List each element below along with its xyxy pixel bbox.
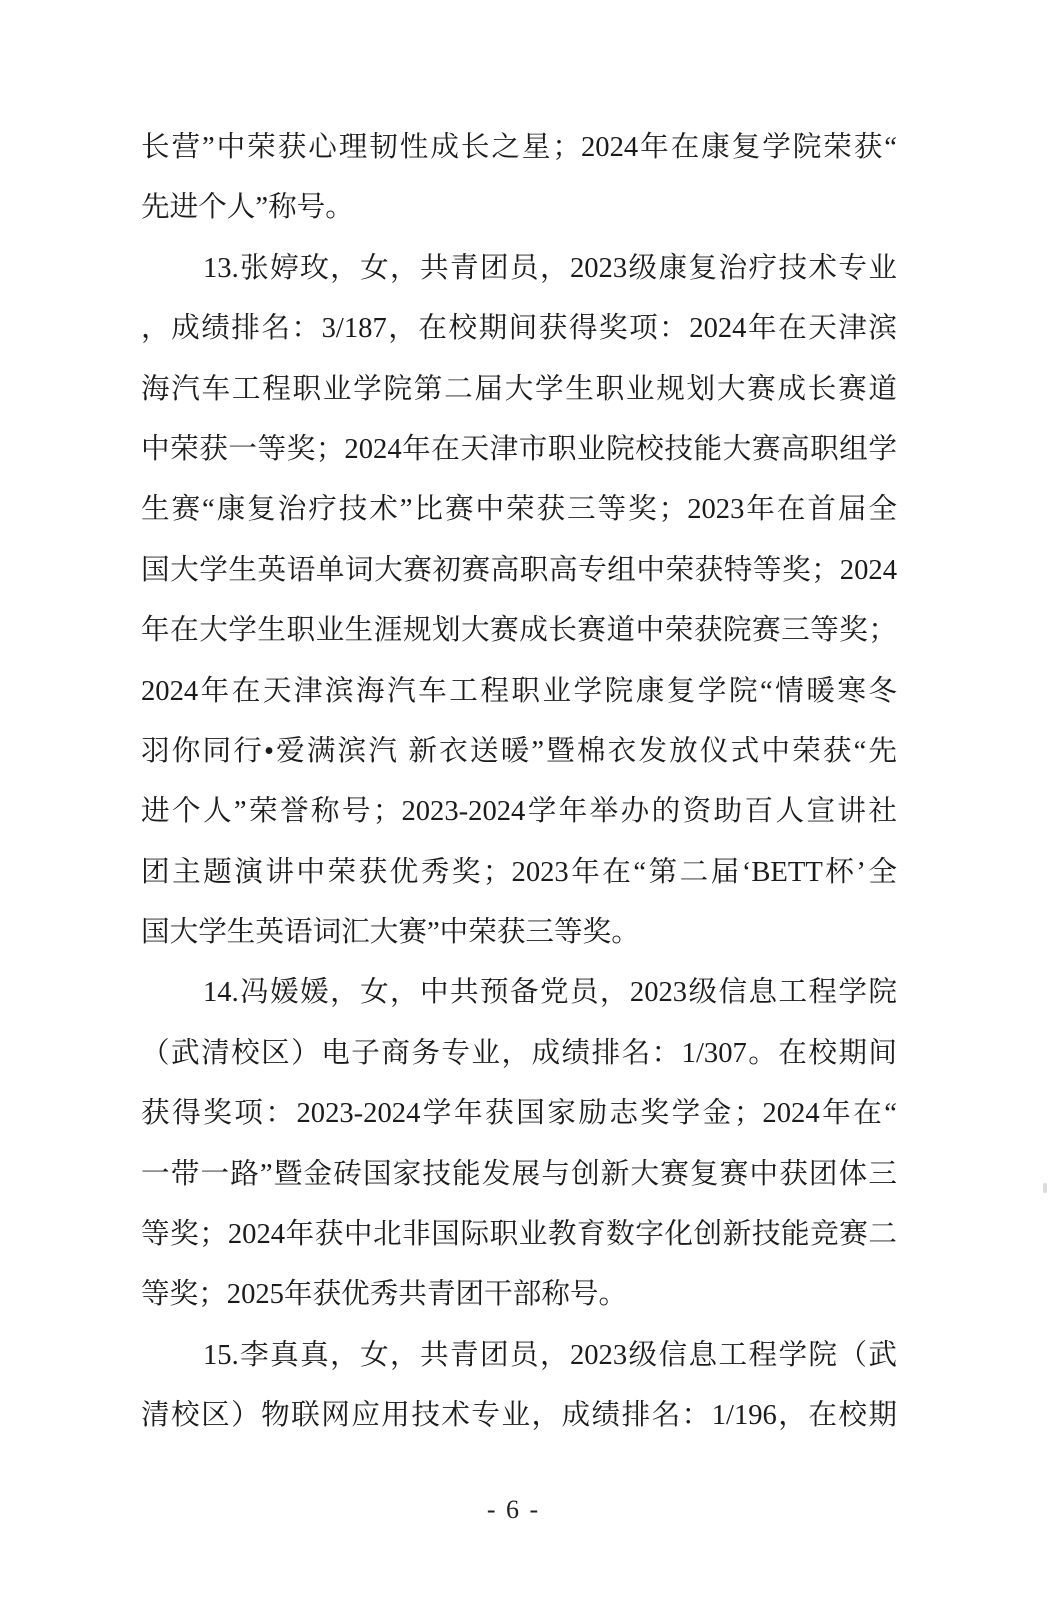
text-line: 团主题演讲中荣获优秀奖；2023年在“第二届‘BETT杯’全 bbox=[141, 843, 897, 903]
scan-artifact bbox=[1043, 1183, 1047, 1193]
text-line: 等奖；2024年获中北非国际职业教育数字化创新技能竞赛二 bbox=[141, 1205, 897, 1265]
page-number: - 6 - bbox=[0, 1494, 1027, 1526]
text-line: 中荣获一等奖；2024年在天津市职业院校技能大赛高职组学 bbox=[141, 420, 897, 480]
text-line: 2024年在天津滨海汽车工程职业学院康复学院“情暖寒冬 bbox=[141, 662, 897, 722]
text-line: ，成绩排名：3/187，在校期间获得奖项：2024年在天津滨 bbox=[141, 299, 897, 359]
text-line: 国大学生英语单词大赛初赛高职高专组中荣获特等奖；2024 bbox=[141, 541, 897, 601]
text-line: 生赛“康复治疗技术”比赛中荣获三等奖；2023年在首届全 bbox=[141, 480, 897, 540]
text-line: 年在大学生职业生涯规划大赛成长赛道中荣获院赛三等奖； bbox=[141, 601, 897, 661]
text-line: 长营”中荣获心理韧性成长之星；2024年在康复学院荣获“ bbox=[141, 118, 897, 178]
text-block: 长营”中荣获心理韧性成长之星；2024年在康复学院荣获“先进个人”称号。13.张… bbox=[141, 118, 897, 1447]
text-line: 羽你同行•爱满滨汽 新衣送暖”暨棉衣发放仪式中荣获“先 bbox=[141, 722, 897, 782]
text-line: 13.张婷玫，女，共青团员，2023级康复治疗技术专业 bbox=[141, 239, 897, 299]
text-line: 国大学生英语词汇大赛”中荣获三等奖。 bbox=[141, 903, 897, 963]
text-line: 清校区）物联网应用技术专业，成绩排名：1/196，在校期 bbox=[141, 1386, 897, 1446]
text-line: 一带一路”暨金砖国家技能发展与创新大赛复赛中获团体三 bbox=[141, 1145, 897, 1205]
text-line: 获得奖项：2023-2024学年获国家励志奖学金；2024年在“ bbox=[141, 1084, 897, 1144]
text-line: 进个人”荣誉称号；2023-2024学年举办的资助百人宣讲社 bbox=[141, 782, 897, 842]
text-line: 等奖；2025年获优秀共青团干部称号。 bbox=[141, 1265, 897, 1325]
text-line: 先进个人”称号。 bbox=[141, 178, 897, 238]
text-line: 15.李真真，女，共青团员，2023级信息工程学院（武 bbox=[141, 1326, 897, 1386]
document-page: 长营”中荣获心理韧性成长之星；2024年在康复学院荣获“先进个人”称号。13.张… bbox=[0, 0, 1049, 1600]
text-line: 14.冯媛媛，女，中共预备党员，2023级信息工程学院 bbox=[141, 963, 897, 1023]
text-line: （武清校区）电子商务专业，成绩排名：1/307。在校期间 bbox=[141, 1024, 897, 1084]
text-line: 海汽车工程职业学院第二届大学生职业规划大赛成长赛道 bbox=[141, 360, 897, 420]
